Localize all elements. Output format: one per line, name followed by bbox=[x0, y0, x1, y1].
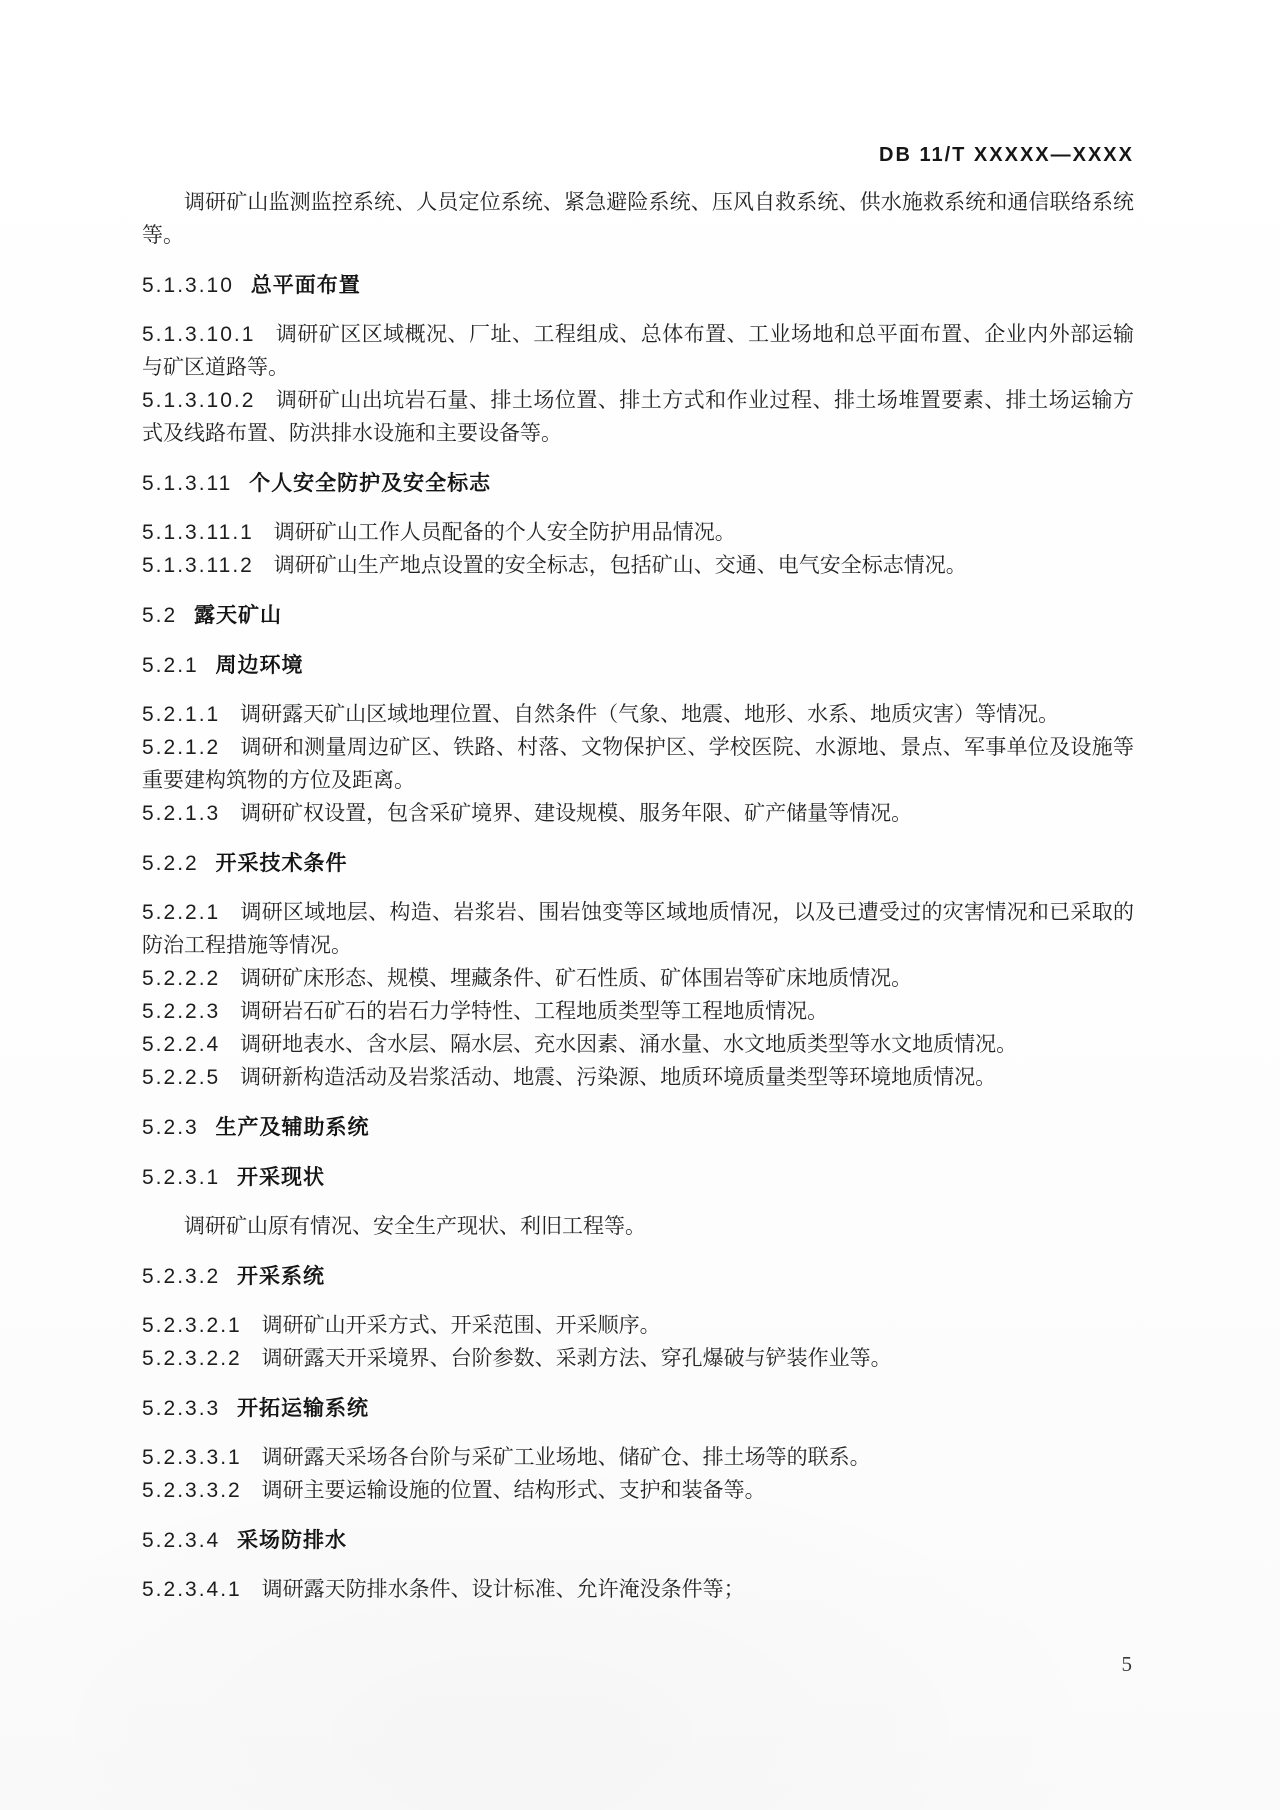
clause-number: 5.2.3.2.1 bbox=[142, 1314, 242, 1337]
body-paragraph: 调研矿山原有情况、安全生产现状、利旧工程等。 bbox=[142, 1210, 1134, 1243]
clause-text: 调研矿权设置，包含采矿境界、建设规模、服务年限、矿产储量等情况。 bbox=[240, 801, 912, 825]
clause-text: 调研矿山生产地点设置的安全标志，包括矿山、交通、电气安全标志情况。 bbox=[274, 553, 967, 577]
clause-paragraph: 5.2.3.2.1调研矿山开采方式、开采范围、开采顺序。 bbox=[142, 1309, 1134, 1342]
body-paragraph: 调研矿山监测监控系统、人员定位系统、紧急避险系统、压风自救系统、供水施救系统和通… bbox=[142, 186, 1134, 252]
clause-number: 5.2.3.4.1 bbox=[142, 1578, 242, 1601]
clause-text: 调研和测量周边矿区、铁路、村落、文物保护区、学校医院、水源地、景点、军事单位及设… bbox=[142, 735, 1134, 792]
document-body: 调研矿山监测监控系统、人员定位系统、紧急避险系统、压风自救系统、供水施救系统和通… bbox=[142, 186, 1134, 1606]
clause-paragraph: 5.2.2.2调研矿床形态、规模、埋藏条件、矿石性质、矿体围岩等矿床地质情况。 bbox=[142, 962, 1134, 995]
section-heading: 5.2.1周边环境 bbox=[142, 649, 1134, 682]
section-heading: 5.2.3.1开采现状 bbox=[142, 1161, 1134, 1194]
section-heading: 5.1.3.11个人安全防护及安全标志 bbox=[142, 467, 1134, 500]
document-number-header: DB 11/T XXXXX—XXXX bbox=[142, 140, 1134, 170]
clause-text: 调研矿床形态、规模、埋藏条件、矿石性质、矿体围岩等矿床地质情况。 bbox=[240, 966, 912, 990]
clause-number: 5.2.2.2 bbox=[142, 967, 220, 990]
clause-text: 调研露天开采境界、台阶参数、采剥方法、穿孔爆破与铲装作业等。 bbox=[262, 1346, 892, 1370]
clause-paragraph: 5.1.3.11.2调研矿山生产地点设置的安全标志，包括矿山、交通、电气安全标志… bbox=[142, 549, 1134, 582]
clause-number: 5.2.2.1 bbox=[142, 901, 220, 924]
page-number: 5 bbox=[1122, 1652, 1133, 1677]
clause-number: 5.2.3.2.2 bbox=[142, 1347, 242, 1370]
clause-number: 5.2.2.4 bbox=[142, 1033, 220, 1056]
clause-number: 5.2.2.5 bbox=[142, 1066, 220, 1089]
clause-paragraph: 5.2.2.4调研地表水、含水层、隔水层、充水因素、涌水量、水文地质类型等水文地… bbox=[142, 1028, 1134, 1061]
section-heading: 5.2.3.4采场防排水 bbox=[142, 1524, 1134, 1557]
section-title: 开拓运输系统 bbox=[237, 1397, 369, 1420]
clause-paragraph: 5.2.1.3调研矿权设置，包含采矿境界、建设规模、服务年限、矿产储量等情况。 bbox=[142, 797, 1134, 830]
section-title: 生产及辅助系统 bbox=[216, 1116, 370, 1139]
section-number: 5.2 bbox=[142, 604, 177, 627]
clause-text: 调研地表水、含水层、隔水层、充水因素、涌水量、水文地质类型等水文地质情况。 bbox=[240, 1032, 1017, 1056]
clause-number: 5.2.2.3 bbox=[142, 1000, 220, 1023]
clause-paragraph: 5.2.2.3调研岩石矿石的岩石力学特性、工程地质类型等工程地质情况。 bbox=[142, 995, 1134, 1028]
section-number: 5.1.3.11 bbox=[142, 472, 232, 495]
document-page: DB 11/T XXXXX—XXXX 调研矿山监测监控系统、人员定位系统、紧急避… bbox=[0, 0, 1280, 1810]
section-number: 5.2.3.2 bbox=[142, 1265, 220, 1288]
clause-text: 调研露天采场各台阶与采矿工业场地、储矿仓、排土场等的联系。 bbox=[262, 1445, 871, 1469]
clause-paragraph: 5.2.2.5调研新构造活动及岩浆活动、地震、污染源、地质环境质量类型等环境地质… bbox=[142, 1061, 1134, 1094]
clause-number: 5.1.3.10.1 bbox=[142, 323, 255, 346]
clause-text: 调研主要运输设施的位置、结构形式、支护和装备等。 bbox=[262, 1478, 766, 1502]
clause-paragraph: 5.1.3.10.2调研矿山出坑岩石量、排土场位置、排土方式和作业过程、排土场堆… bbox=[142, 384, 1134, 450]
section-heading: 5.2露天矿山 bbox=[142, 599, 1134, 632]
clause-number: 5.2.3.3.1 bbox=[142, 1446, 242, 1469]
clause-paragraph: 5.2.1.2调研和测量周边矿区、铁路、村落、文物保护区、学校医院、水源地、景点… bbox=[142, 731, 1134, 797]
section-title: 采场防排水 bbox=[237, 1529, 347, 1552]
clause-paragraph: 5.1.3.11.1调研矿山工作人员配备的个人安全防护用品情况。 bbox=[142, 516, 1134, 549]
clause-text: 调研岩石矿石的岩石力学特性、工程地质类型等工程地质情况。 bbox=[240, 999, 828, 1023]
section-number: 5.2.2 bbox=[142, 852, 199, 875]
section-heading: 5.2.3.3开拓运输系统 bbox=[142, 1392, 1134, 1425]
section-number: 5.2.3.1 bbox=[142, 1166, 220, 1189]
clause-paragraph: 5.2.3.2.2调研露天开采境界、台阶参数、采剥方法、穿孔爆破与铲装作业等。 bbox=[142, 1342, 1134, 1375]
section-heading: 5.2.3.2开采系统 bbox=[142, 1260, 1134, 1293]
clause-text: 调研新构造活动及岩浆活动、地震、污染源、地质环境质量类型等环境地质情况。 bbox=[240, 1065, 996, 1089]
clause-paragraph: 5.1.3.10.1调研矿区区域概况、厂址、工程组成、总体布置、工业场地和总平面… bbox=[142, 318, 1134, 384]
section-heading: 5.1.3.10总平面布置 bbox=[142, 269, 1134, 302]
clause-text: 调研区域地层、构造、岩浆岩、围岩蚀变等区域地质情况，以及已遭受过的灾害情况和已采… bbox=[142, 900, 1134, 957]
section-number: 5.1.3.10 bbox=[142, 274, 234, 297]
clause-paragraph: 5.2.3.3.2调研主要运输设施的位置、结构形式、支护和装备等。 bbox=[142, 1474, 1134, 1507]
section-title: 个人安全防护及安全标志 bbox=[249, 472, 491, 495]
section-title: 总平面布置 bbox=[251, 274, 361, 297]
clause-number: 5.2.3.3.2 bbox=[142, 1479, 242, 1502]
clause-number: 5.1.3.10.2 bbox=[142, 389, 255, 412]
section-number: 5.2.3 bbox=[142, 1116, 199, 1139]
clause-paragraph: 5.2.1.1调研露天矿山区域地理位置、自然条件（气象、地震、地形、水系、地质灾… bbox=[142, 698, 1134, 731]
section-title: 露天矿山 bbox=[194, 604, 282, 627]
section-title: 周边环境 bbox=[216, 654, 304, 677]
clause-text: 调研矿山开采方式、开采范围、开采顺序。 bbox=[262, 1313, 661, 1337]
section-title: 开采系统 bbox=[237, 1265, 325, 1288]
clause-text: 调研露天矿山区域地理位置、自然条件（气象、地震、地形、水系、地质灾害）等情况。 bbox=[240, 702, 1059, 726]
clause-number: 5.2.1.1 bbox=[142, 703, 220, 726]
section-heading: 5.2.2开采技术条件 bbox=[142, 847, 1134, 880]
clause-number: 5.1.3.11.2 bbox=[142, 554, 254, 577]
section-title: 开采现状 bbox=[237, 1166, 325, 1189]
section-heading: 5.2.3生产及辅助系统 bbox=[142, 1111, 1134, 1144]
document-sheet: DB 11/T XXXXX—XXXX 调研矿山监测监控系统、人员定位系统、紧急避… bbox=[142, 140, 1134, 1606]
section-title: 开采技术条件 bbox=[216, 852, 348, 875]
clause-paragraph: 5.2.3.4.1调研露天防排水条件、设计标准、允许淹没条件等； bbox=[142, 1573, 1134, 1606]
clause-paragraph: 5.2.2.1调研区域地层、构造、岩浆岩、围岩蚀变等区域地质情况，以及已遭受过的… bbox=[142, 896, 1134, 962]
clause-number: 5.1.3.11.1 bbox=[142, 521, 254, 544]
clause-text: 调研矿山出坑岩石量、排土场位置、排土方式和作业过程、排土场堆置要素、排土场运输方… bbox=[142, 388, 1134, 445]
clause-text: 调研矿区区域概况、厂址、工程组成、总体布置、工业场地和总平面布置、企业内外部运输… bbox=[142, 322, 1134, 379]
clause-text: 调研矿山工作人员配备的个人安全防护用品情况。 bbox=[274, 520, 736, 544]
section-number: 5.2.1 bbox=[142, 654, 199, 677]
section-number: 5.2.3.3 bbox=[142, 1397, 220, 1420]
clause-number: 5.2.1.3 bbox=[142, 802, 220, 825]
section-number: 5.2.3.4 bbox=[142, 1529, 220, 1552]
clause-text: 调研露天防排水条件、设计标准、允许淹没条件等； bbox=[262, 1577, 745, 1601]
clause-paragraph: 5.2.3.3.1调研露天采场各台阶与采矿工业场地、储矿仓、排土场等的联系。 bbox=[142, 1441, 1134, 1474]
clause-number: 5.2.1.2 bbox=[142, 736, 220, 759]
